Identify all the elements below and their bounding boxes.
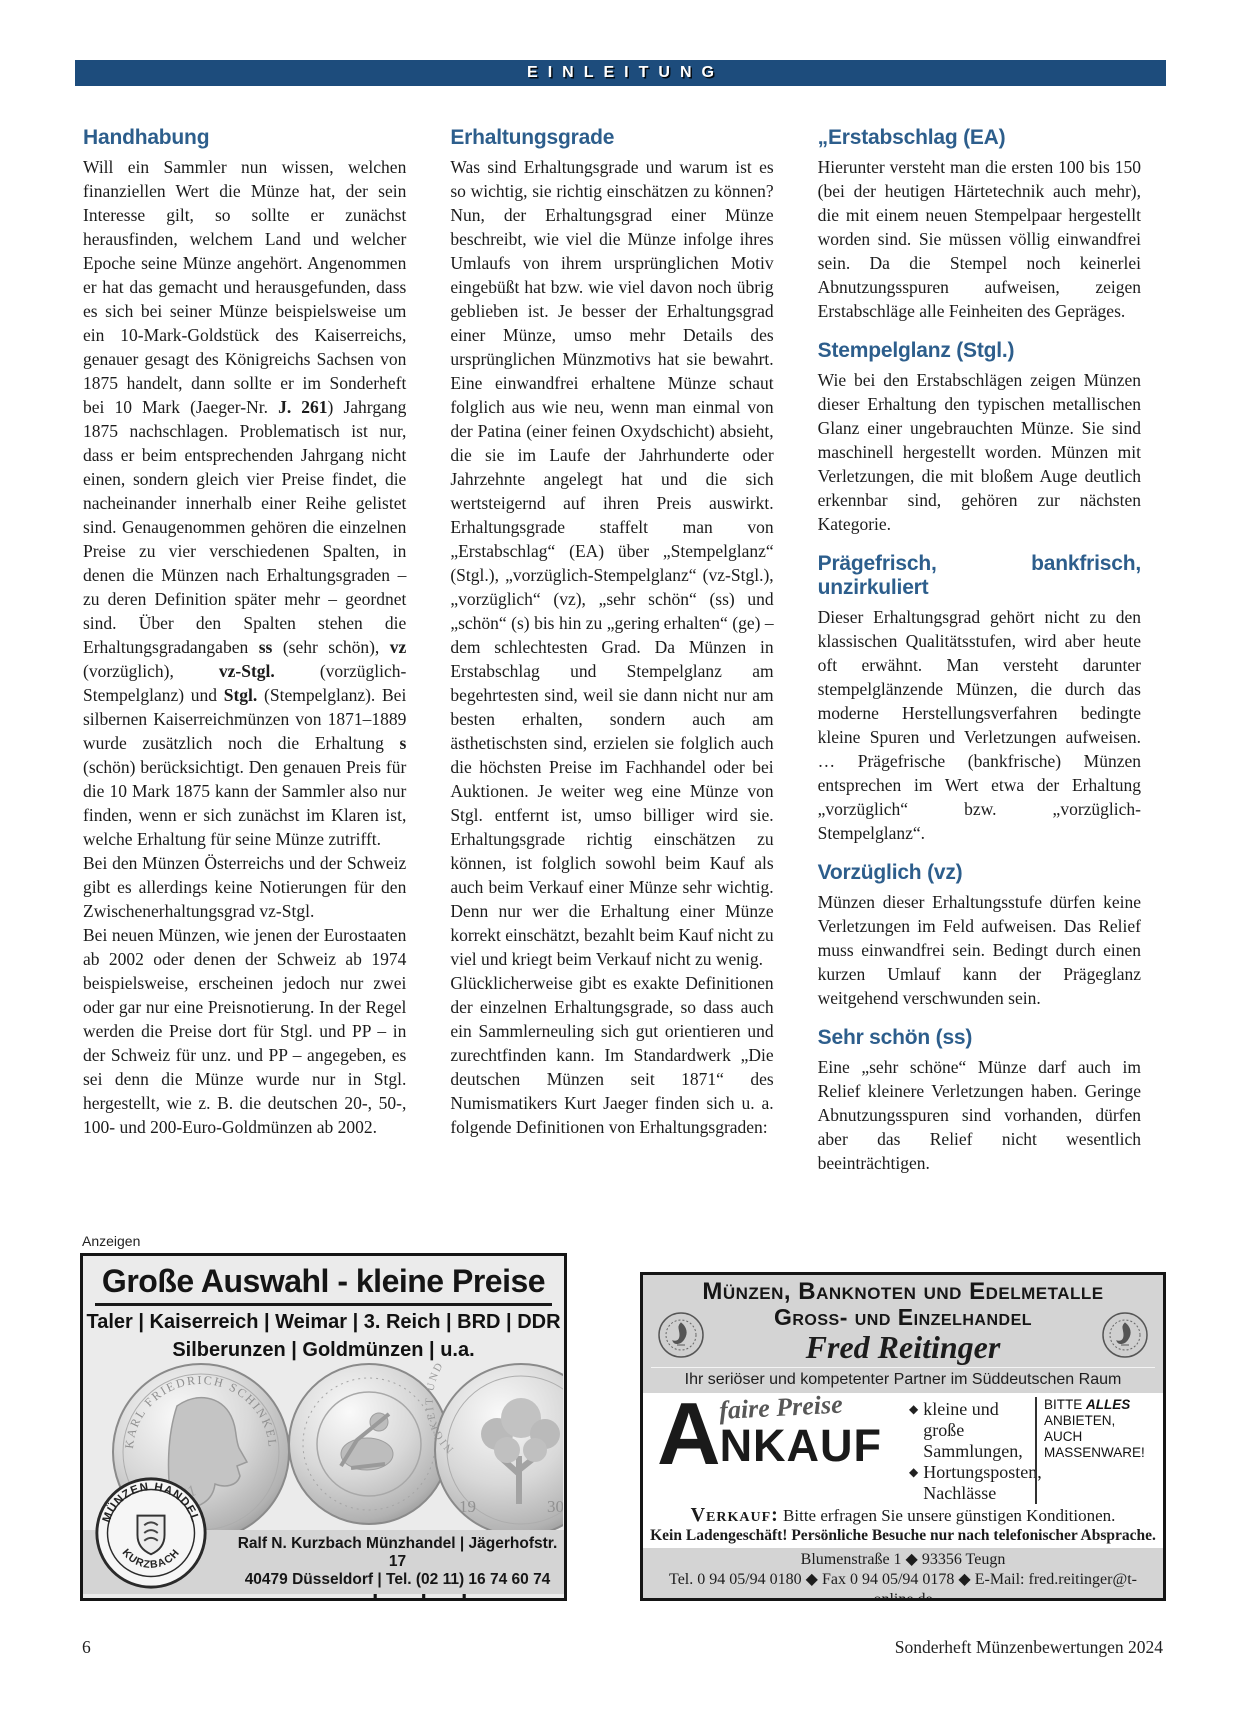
ad-kurzbach-title: Große Auswahl - kleine Preise [95,1263,552,1306]
heading-praegefrisch: Prägefrisch, bankfrisch, unzirkuliert [818,552,1141,600]
dealer-tagline: Ihr seriöser und kompetenter Partner im … [651,1367,1155,1390]
diamond-bullet-icon: ◆ [909,1462,918,1504]
kurzbach-logo-icon: MÜNZEN HANDEL KURZBACH [93,1475,209,1591]
list-item: ◆ kleine und große Sammlungen, [909,1399,1031,1462]
paragraph-handhabung-3: Bei neuen Münzen, wie jenen der Eurostaa… [83,923,406,1139]
column-erhaltungsgrade: Erhaltungsgrade Was sind Erhaltungsgrade… [450,126,773,1175]
paragraph-erstabschlag: Hierunter versteht man die ersten 100 bi… [818,155,1141,323]
column-handhabung: Handhabung Will ein Sammler nun wissen, … [83,126,406,1175]
article-columns: Handhabung Will ein Sammler nun wissen, … [83,126,1141,1175]
ad-kurzbach-website: www.kurzbach-muenzhandel.de [231,1590,564,1601]
ad-kurzbach-address-2: 40479 Düsseldorf | Tel. (02 11) 16 74 60… [231,1571,564,1589]
heading-erhaltungsgrade: Erhaltungsgrade [450,126,773,150]
ad-reitinger-header-1: Münzen, Banknoten und Edelmetalle [651,1279,1155,1305]
list-item: ◆ Hortungsposten, Nachlässe [909,1462,1031,1504]
ad-kurzbach-categories-1: Taler | Kaiserreich | Weimar | 3. Reich … [83,1310,564,1334]
ankauf-wordmark: A faire Preise NKAUF [657,1397,909,1504]
ad-reitinger-header: Münzen, Banknoten und Edelmetalle Gross-… [643,1275,1163,1393]
ad-reitinger-header-2: Gross- und Einzelhandel [651,1305,1155,1330]
no-shop-note: Kein Ladengeschäft! Persönliche Besuche … [643,1526,1163,1545]
verkauf-label: Verkauf: [691,1504,779,1526]
paragraph-erhaltungsgrade-1: Was sind Erhaltungsgrade und warum ist e… [450,155,773,971]
paragraph-sehr-schoen: Eine „sehr schöne“ Münze darf auch im Re… [818,1055,1141,1175]
ad-reitinger-contact: Tel. 0 94 05/94 0180 ◆ Fax 0 94 05/94 01… [647,1570,1159,1601]
section-banner: EINLEITUNG [75,60,1166,86]
coin-oak-year-left: 19 [459,1497,476,1516]
heading-erstabschlag: „Erstabschlag (EA) [818,126,1141,150]
ankauf-bullet-1: kleine und große Sammlungen, [923,1399,1031,1462]
ankauf-section: A faire Preise NKAUF ◆ kleine und große … [643,1393,1163,1504]
paragraph-vorzueglich: Münzen dieser Erhaltungsstufe dürfen kei… [818,890,1141,1010]
paragraph-praegefrisch: Dieser Erhaltungsgrad gehört nicht zu de… [818,605,1141,845]
page-number: 6 [82,1637,91,1658]
paragraph-handhabung-2: Bei den Münzen Österreichs und der Schwe… [83,851,406,923]
edition-title: Sonderheft Münzenbewertungen 2024 [895,1637,1163,1658]
guild-seal-icon [657,1311,705,1359]
ankauf-initial: A [657,1397,718,1504]
heading-handhabung: Handhabung [83,126,406,150]
verkauf-text: Bitte erfragen Sie unsere günstigen Kond… [783,1506,1115,1525]
heading-vorzueglich: Vorzüglich (vz) [818,861,1141,885]
ankauf-bullet-list: ◆ kleine und große Sammlungen, ◆ Hortung… [909,1397,1031,1504]
coin-oak-year-right: 30 [547,1497,563,1516]
heading-sehr-schoen: Sehr schön (ss) [818,1026,1141,1050]
ad-kurzbach: Große Auswahl - kleine Preise Taler | Ka… [80,1253,567,1601]
ankauf-bullet-2: Hortungsposten, Nachlässe [923,1462,1042,1504]
ad-kurzbach-address-1: Ralf N. Kurzbach Münzhandel | Jägerhofst… [231,1535,564,1571]
page-footer: 6 Sonderheft Münzenbewertungen 2024 [82,1637,1163,1658]
guild-seal-icon [1101,1311,1149,1359]
paragraph-erhaltungsgrade-2: Glücklicherweise gibt es exakte Definiti… [450,971,773,1139]
ankauf-side-note: BITTE ALLES ANBIETEN, AUCH MASSENWARE! [1035,1397,1153,1504]
magazine-page: EINLEITUNG Handhabung Will ein Sammler n… [0,0,1241,1713]
paragraph-stempelglanz: Wie bei den Erstabschlägen zeigen Münzen… [818,368,1141,536]
heading-stempelglanz: Stempelglanz (Stgl.) [818,339,1141,363]
verkauf-line: Verkauf: Bitte erfragen Sie unsere günst… [643,1505,1163,1526]
ad-reitinger-address-band: Blumenstraße 1 ◆ 93356 Teugn Tel. 0 94 0… [643,1548,1163,1601]
ads-section-label: Anzeigen [82,1233,140,1249]
ad-kurzbach-categories-2: Silberunzen | Goldmünzen | u.a. [83,1338,564,1362]
column-grade-definitionen: „Erstabschlag (EA) Hierunter versteht ma… [818,126,1141,1175]
ankauf-rest: NKAUF [720,1425,882,1467]
section-banner-title: EINLEITUNG [517,64,724,82]
paragraph-handhabung-1: Will ein Sammler nun wissen, welchen fin… [83,155,406,851]
ad-reitinger: Münzen, Banknoten und Edelmetalle Gross-… [640,1272,1166,1601]
ad-reitinger-address: Blumenstraße 1 ◆ 93356 Teugn [647,1550,1159,1570]
dealer-name: Fred Reitinger [651,1330,1155,1364]
diamond-bullet-icon: ◆ [909,1399,918,1462]
